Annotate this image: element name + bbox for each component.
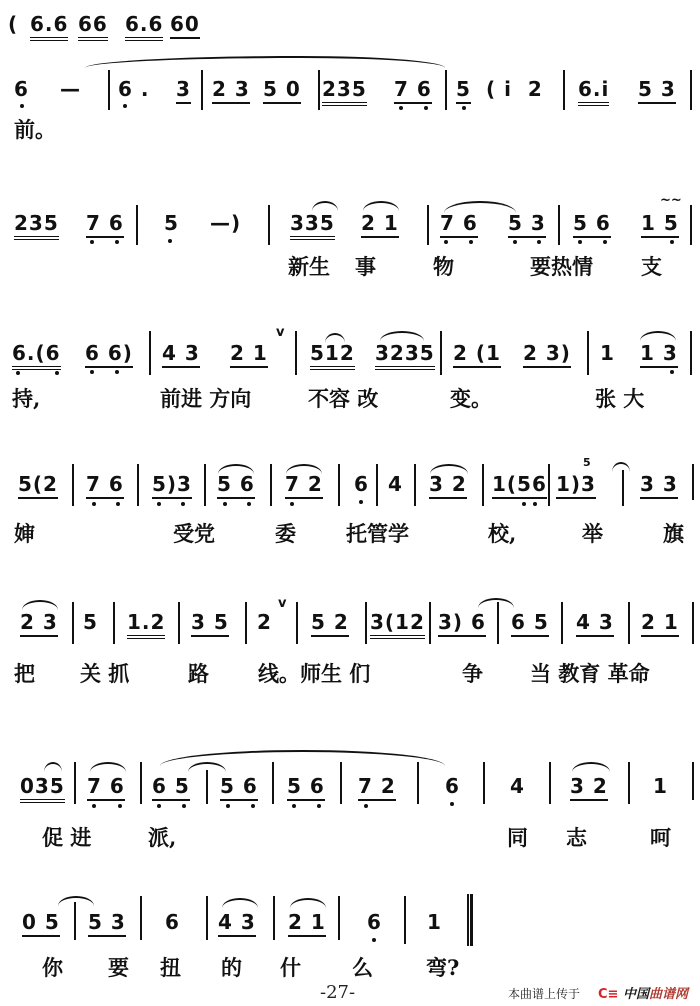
lyric: 校, — [488, 522, 516, 546]
note-group: 66 — [78, 12, 108, 41]
note-group: 2 3 — [212, 77, 250, 104]
low-octave-dot — [444, 240, 448, 244]
note-group: 6 6) — [85, 341, 133, 368]
note-group: 2 1 — [361, 211, 399, 238]
note-group: 1 5 — [641, 211, 679, 238]
lyric: 弯? — [426, 956, 459, 980]
barline — [692, 602, 694, 644]
note-group: 5 3 — [508, 211, 546, 238]
low-octave-dot — [92, 502, 96, 506]
lyric: 前进 方向 — [160, 387, 251, 411]
barline — [690, 331, 692, 375]
lyric: 把 — [14, 662, 35, 686]
lyric: 志 — [566, 826, 587, 850]
barline — [427, 205, 429, 245]
note-group: 1)3 — [556, 472, 596, 499]
note-group: 7 2 — [358, 774, 396, 801]
lyric: 前。 — [14, 118, 56, 142]
note-group: 035 — [20, 774, 65, 803]
note-group: 512 — [310, 341, 355, 370]
note-group: 4 — [388, 472, 403, 496]
note-group: 5 3 — [638, 77, 676, 104]
note-group: 2 1 — [230, 341, 268, 368]
low-octave-dot — [182, 804, 186, 808]
score-line-5: 2 3 5 1.2 3 5 2 v 5 2 3(12 3) 6 6 5 4 3 … — [0, 600, 700, 690]
barline — [273, 896, 275, 940]
barline — [206, 896, 208, 940]
barline — [72, 602, 74, 644]
note-group: 6 . — [118, 77, 149, 101]
lyric: 呵 — [650, 826, 671, 850]
note-group: 1(56 — [492, 472, 547, 499]
slur — [222, 898, 258, 908]
lyric: 当 教育 革命 — [530, 662, 650, 686]
note-group: 3) 6 — [438, 610, 486, 637]
lyric: 持, — [12, 387, 40, 411]
score-line-3: 6.(6 6 6) 4 3 2 1 v 512 3235 2 (1 2 3) 1… — [0, 325, 700, 415]
note-group: 4 3 — [162, 341, 200, 368]
lyric: 要 — [108, 956, 129, 980]
score-line-2: 235 7 6 5 —) 335 2 1 7 6 5 3 5 6 1 5 ~~ … — [0, 195, 700, 285]
slur — [478, 598, 514, 608]
note-group: 6 — [165, 910, 180, 934]
barline — [404, 896, 406, 944]
lyric: 关 抓 — [80, 662, 129, 686]
note-group: 7 6 — [86, 472, 124, 499]
low-octave-dot — [372, 938, 376, 942]
slur — [58, 896, 94, 906]
low-octave-dot — [522, 502, 526, 506]
low-octave-dot — [226, 804, 230, 808]
note-group: 3235 — [375, 341, 435, 370]
low-octave-dot — [118, 804, 122, 808]
barline — [270, 464, 272, 506]
slur — [90, 762, 126, 772]
slur — [380, 331, 424, 341]
note-group: 6 — [354, 472, 369, 496]
final-barline — [467, 894, 473, 946]
barline — [690, 205, 692, 245]
note-group: 2 3 — [20, 610, 58, 637]
note-group: 335 — [290, 211, 335, 240]
barline — [140, 896, 142, 940]
barline — [136, 205, 138, 245]
note-group: 7 6 — [394, 77, 432, 104]
note-group: 2 (1 — [453, 341, 501, 368]
score-line-1: 6 — 6 . 3 2 3 5 0 235 7 6 5 ( i 2 6.i 5 … — [0, 70, 700, 145]
slur — [44, 762, 62, 772]
score-line-7: 0 5 5 3 6 4 3 2 1 6 1 你 要 扭 的 什 么 弯? — [0, 890, 700, 980]
barline — [628, 602, 630, 644]
note-group: 6 5 — [511, 610, 549, 637]
note-group: 3 5 — [191, 610, 229, 637]
barline — [587, 331, 589, 375]
slur — [572, 762, 610, 772]
lyric: 扭 — [160, 956, 181, 980]
trill-mark: ~~ — [660, 193, 682, 208]
note-group: 6 — [445, 774, 460, 798]
lyric: 受党 — [173, 522, 215, 546]
low-octave-dot — [168, 239, 172, 243]
low-octave-dot — [247, 502, 251, 506]
note-group: 3 3 — [640, 472, 678, 499]
low-octave-dot — [20, 104, 24, 108]
low-octave-dot — [364, 804, 368, 808]
barline — [268, 205, 270, 245]
note-group: 5 6 — [220, 774, 258, 801]
note-group: 2 1 — [641, 610, 679, 637]
low-octave-dot — [123, 104, 127, 108]
note-group: 235 — [14, 211, 59, 240]
low-octave-dot — [424, 106, 428, 110]
lyric: 委 — [275, 522, 296, 546]
low-octave-dot — [533, 502, 537, 506]
barline — [272, 762, 274, 804]
slur — [290, 898, 326, 908]
lyric: 同 — [507, 826, 528, 850]
barline — [108, 70, 110, 110]
lyric: 争 — [462, 662, 483, 686]
lyric: 张 大 — [595, 387, 644, 411]
low-octave-dot — [450, 802, 454, 806]
barline — [245, 602, 247, 644]
note-group: 6.i — [578, 77, 609, 106]
low-octave-dot — [16, 371, 20, 375]
note-group: 1 — [600, 341, 615, 365]
source-credit: 本曲谱上传于 — [508, 985, 580, 1002]
barline — [140, 762, 142, 804]
lyric: 要热情 — [530, 255, 593, 279]
barline — [549, 762, 551, 804]
note-group: ( — [8, 12, 18, 36]
barline — [429, 602, 431, 644]
low-octave-dot — [537, 240, 541, 244]
lyric: 婶 — [14, 522, 35, 546]
note-group: 1 — [427, 910, 442, 934]
note-group: 3(12 — [370, 610, 425, 639]
tie-arc — [85, 56, 445, 68]
low-octave-dot — [157, 502, 161, 506]
lyric: 举 — [582, 522, 603, 546]
note-group: 1.2 — [127, 610, 165, 639]
barline — [417, 762, 419, 804]
lyric: 旗 — [663, 522, 684, 546]
logo-text-china: 中国 — [623, 987, 649, 1002]
barline — [414, 464, 416, 506]
note-group: 2 1 — [288, 910, 326, 937]
low-octave-dot — [578, 240, 582, 244]
low-octave-dot — [90, 240, 94, 244]
barline — [561, 602, 563, 644]
lyric: 物 — [433, 255, 454, 279]
note-group: 3 2 — [429, 472, 467, 499]
lyric: 的 — [221, 956, 242, 980]
barline — [690, 70, 692, 110]
note-group: 6.(6 — [12, 341, 61, 370]
lyric: 派, — [148, 826, 176, 850]
barline — [483, 762, 485, 804]
low-octave-dot — [181, 502, 185, 506]
barline — [548, 464, 550, 506]
barline — [149, 331, 151, 375]
note-group: 6 5 — [152, 774, 190, 801]
note-group: 7 2 — [285, 472, 323, 499]
barline — [318, 70, 320, 110]
note-group: 4 3 — [576, 610, 614, 637]
low-octave-dot — [92, 804, 96, 808]
barline — [204, 464, 206, 506]
dash-sustain: — — [60, 77, 81, 101]
low-octave-dot — [292, 804, 296, 808]
breath-mark: v — [278, 596, 286, 611]
lyric: 托管学 — [346, 522, 409, 546]
low-octave-dot — [115, 370, 119, 374]
low-octave-dot — [399, 106, 403, 110]
note-group: 5 — [164, 211, 179, 235]
barline — [365, 602, 367, 644]
barline — [296, 602, 298, 644]
slur — [22, 600, 58, 610]
barline — [622, 470, 624, 506]
barline — [692, 762, 694, 800]
note-group: 5 0 — [263, 77, 301, 104]
low-octave-dot — [462, 106, 466, 110]
site-logo[interactable]: C≡ 中国曲谱网 — [598, 983, 688, 1002]
logo-mark-icon: C≡ — [598, 987, 618, 1002]
note-group: 5 6 — [573, 211, 611, 238]
note-group: 5(2 — [18, 472, 58, 499]
low-octave-dot — [317, 804, 321, 808]
barline — [482, 464, 484, 506]
low-octave-dot — [55, 371, 59, 375]
barline — [74, 902, 76, 940]
barline — [338, 464, 340, 506]
lyric: 么 — [352, 956, 373, 980]
barline — [558, 205, 560, 245]
note-group: 5 3 — [88, 910, 126, 937]
barline — [376, 464, 378, 506]
note-group: 3 2 — [570, 774, 608, 801]
note-group: 60 — [170, 12, 200, 39]
barline — [295, 331, 297, 375]
score-line-4: 5(2 7 6 5)3 5 6 7 2 6 4 3 2 1(56 1)3 5 3… — [0, 460, 700, 550]
note-group: 6 — [14, 77, 29, 101]
lyric: 新生 — [288, 255, 330, 279]
note-group: 2 — [257, 610, 272, 634]
barline — [201, 70, 203, 110]
barline — [113, 602, 115, 644]
lyric: 变。 — [450, 387, 492, 411]
note-group: 235 — [322, 77, 367, 106]
barline — [340, 762, 342, 804]
low-octave-dot — [116, 502, 120, 506]
barline — [445, 70, 447, 110]
barline — [178, 602, 180, 644]
lyric: 支 — [641, 255, 662, 279]
grace-note: 5 — [583, 456, 591, 469]
barline — [74, 762, 76, 804]
low-octave-dot — [513, 240, 517, 244]
note-group: 3 — [176, 77, 191, 104]
note-group: 5 — [83, 610, 98, 634]
note-group: 5 — [456, 77, 471, 104]
note-group: 4 3 — [218, 910, 256, 937]
note-group: 1 3 — [640, 341, 678, 368]
note-group: 7 6 — [87, 774, 125, 801]
barline — [497, 602, 499, 644]
tie-arc — [612, 462, 630, 472]
note-group: 5 6 — [217, 472, 255, 499]
note-group: 1 — [653, 774, 668, 798]
note-group: 6.6 — [30, 12, 68, 41]
barline — [440, 331, 442, 375]
breath-mark: v — [276, 325, 284, 340]
note-group: 7 6 — [440, 211, 478, 238]
note-group: 7 6 — [86, 211, 124, 238]
lyric: 促 进 — [42, 826, 91, 850]
low-octave-dot — [359, 500, 363, 504]
low-octave-dot — [251, 804, 255, 808]
score-line-0: ( 6.6 66 6.6 60 — [0, 12, 700, 52]
barline — [206, 770, 208, 804]
low-octave-dot — [670, 240, 674, 244]
low-octave-dot — [157, 804, 161, 808]
low-octave-dot — [603, 240, 607, 244]
score-line-6: 035 7 6 6 5 5 6 5 6 7 2 6 4 3 2 1 促 进 派,… — [0, 760, 700, 860]
note-group: 2 3) — [523, 341, 571, 368]
lyric: 线。师生 们 — [258, 662, 370, 686]
barline — [692, 464, 694, 500]
barline — [628, 762, 630, 804]
barline — [338, 896, 340, 940]
note-group: 5 2 — [311, 610, 349, 637]
barline — [137, 464, 139, 506]
note-group: 6.6 — [125, 12, 163, 41]
lyric: 什 — [280, 956, 301, 980]
low-octave-dot — [469, 240, 473, 244]
lyric: 事 — [355, 255, 376, 279]
note-group: 0 5 — [22, 910, 60, 937]
barline — [563, 70, 565, 110]
low-octave-dot — [670, 370, 674, 374]
note-group: 5 6 — [287, 774, 325, 801]
lyric: 路 — [188, 662, 209, 686]
slur — [640, 331, 676, 341]
lyric: 不容 改 — [308, 387, 378, 411]
page-number: -27- — [320, 982, 355, 1003]
note-group: ( i 2 — [486, 77, 543, 101]
lyric: 你 — [42, 956, 63, 980]
note-group: 4 — [510, 774, 525, 798]
low-octave-dot — [290, 502, 294, 506]
note-group: —) — [210, 211, 241, 235]
slur — [363, 201, 399, 211]
note-group: 6 — [367, 910, 382, 934]
barline — [72, 464, 74, 506]
logo-text-site: 曲谱网 — [649, 987, 688, 1002]
slur — [312, 201, 338, 211]
low-octave-dot — [115, 240, 119, 244]
low-octave-dot — [90, 370, 94, 374]
note-group: 5)3 — [152, 472, 192, 499]
low-octave-dot — [223, 502, 227, 506]
